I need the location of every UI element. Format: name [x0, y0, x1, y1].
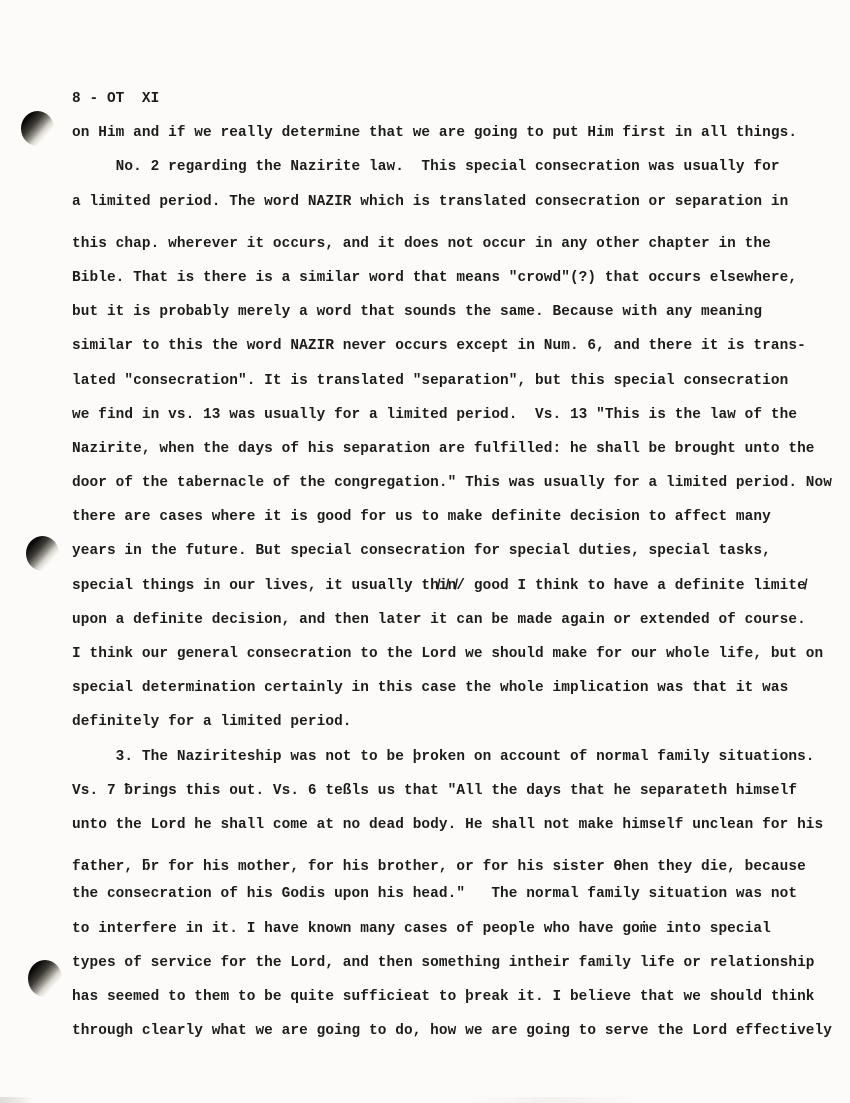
text-line: a limited period. The word NAZIR which i…: [72, 185, 840, 219]
text-line: has seemed to them to be quite sufficiea…: [72, 980, 840, 1014]
text-line: Vs. 7 ƀrings this out. Vs. 6 teßls us th…: [72, 774, 840, 808]
text-line: to interfere in it. I have known many ca…: [72, 912, 840, 946]
text-line: years in the future. But special consecr…: [72, 534, 840, 568]
text-line: definitely for a limited period.: [72, 705, 840, 739]
text-line: types of service for the Lord, and then …: [72, 946, 840, 980]
text-line: this chap. wherever it occurs, and it do…: [72, 227, 840, 261]
text-line: No. 2 regarding the Nazirite law. This s…: [72, 150, 840, 184]
text-line: I think our general consecration to the …: [72, 637, 840, 671]
text-line: on Him and if we really determine that w…: [72, 116, 840, 150]
punch-hole-bottom: [28, 960, 62, 997]
text-line: special things in our lives, it usually …: [72, 569, 840, 603]
text-line: upon a definite decision, and then later…: [72, 603, 840, 637]
text-line: through clearly what we are going to do,…: [72, 1014, 840, 1048]
text-line: unto the Lord he shall come at no dead b…: [72, 808, 840, 842]
text-line: there are cases where it is good for us …: [72, 500, 840, 534]
text-line: we find in vs. 13 was usually for a limi…: [72, 398, 840, 432]
text-line: but it is probably merely a word that so…: [72, 295, 840, 329]
punch-hole-middle: [26, 536, 59, 571]
text-line: Bible. That is there is a similar word t…: [72, 261, 840, 295]
text-line: special determination certainly in this …: [72, 671, 840, 705]
text-line: similar to this the word NAZIR never occ…: [72, 329, 840, 363]
typewritten-text-block: 8 - OT XI on Him and if we really determ…: [72, 82, 840, 1048]
scan-edge-smudge: [0, 1097, 850, 1103]
text-line: lated "consecration". It is translated "…: [72, 364, 840, 398]
text-line: Nazirite, when the days of his separatio…: [72, 432, 840, 466]
text-line: door of the tabernacle of the congregati…: [72, 466, 840, 500]
page-header: 8 - OT XI: [72, 82, 840, 116]
scanned-document-page: 8 - OT XI on Him and if we really determ…: [0, 0, 850, 1103]
text-line: the consecration of his Godis upon his h…: [72, 877, 840, 911]
punch-hole-top: [21, 111, 54, 146]
text-line: 3. The Naziriteship was not to be þroken…: [72, 740, 840, 774]
